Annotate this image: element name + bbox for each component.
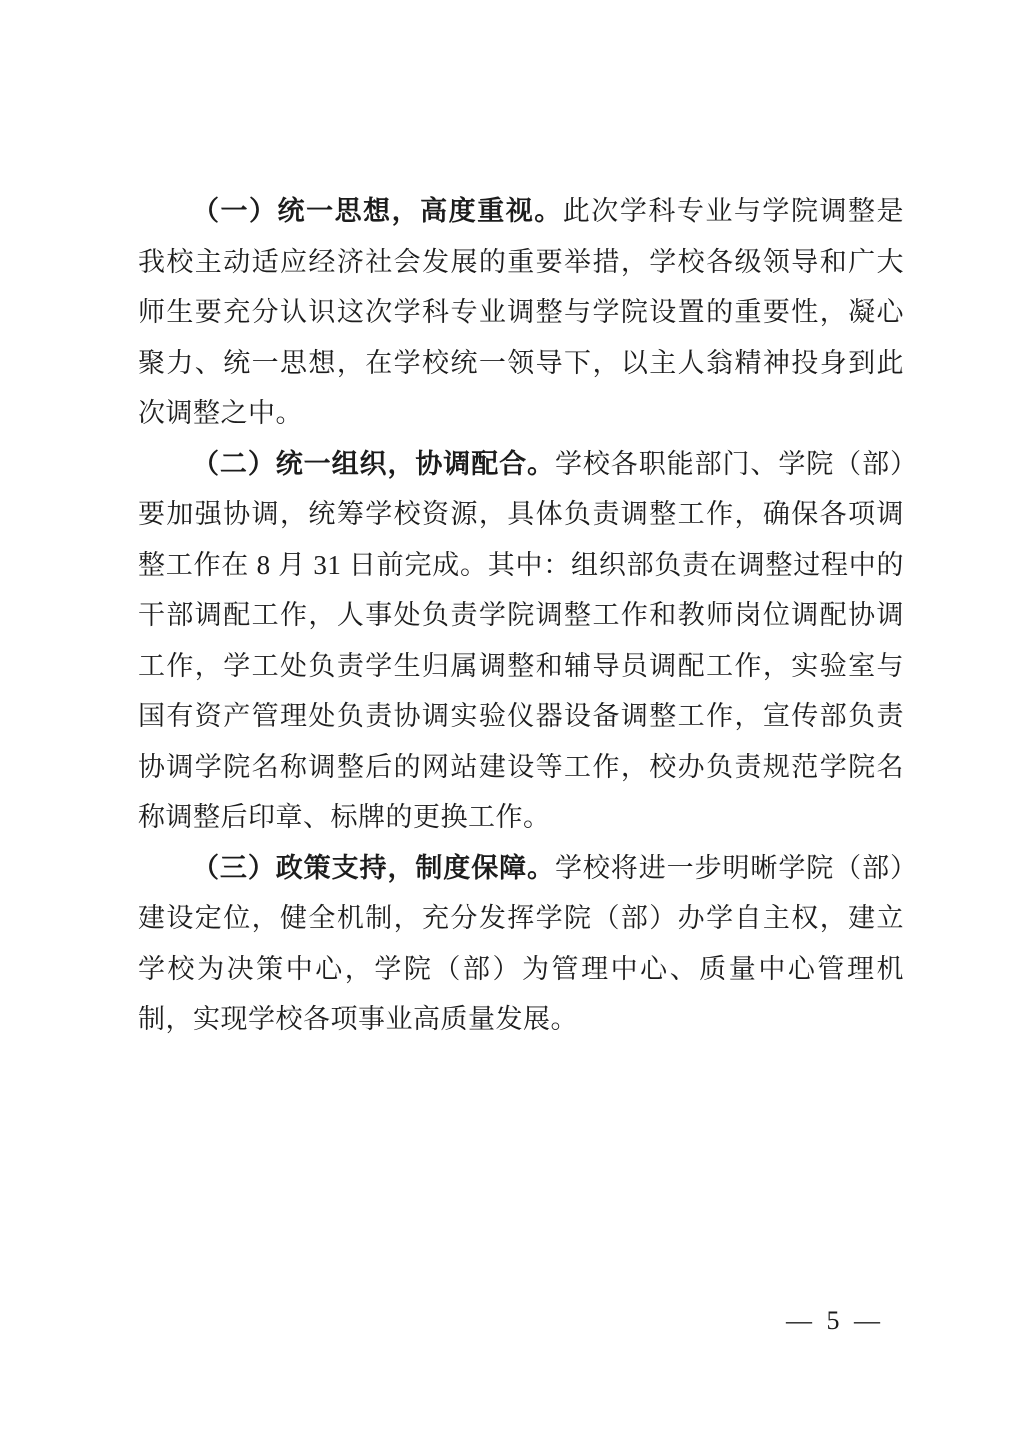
paragraph-heading: （三）政策支持，制度保障。	[192, 853, 555, 883]
paragraph-heading: （二）统一组织，协调配合。	[192, 449, 555, 479]
document-page: （一）统一思想，高度重视。此次学科专业与学院调整是我校主动适应经济社会发展的重要…	[0, 0, 1024, 1448]
paragraph: （三）政策支持，制度保障。学校将进一步明晰学院（部）建设定位，健全机制，充分发挥…	[138, 843, 904, 1045]
page-number: — 5 —	[786, 1303, 884, 1339]
document-body: （一）统一思想，高度重视。此次学科专业与学院调整是我校主动适应经济社会发展的重要…	[138, 186, 904, 1045]
paragraph-heading: （一）统一思想，高度重视。	[192, 196, 563, 226]
paragraph: （二）统一组织，协调配合。学校各职能部门、学院（部）要加强协调，统筹学校资源，具…	[138, 439, 904, 843]
paragraph-body: 此次学科专业与学院调整是我校主动适应经济社会发展的重要举措，学校各级领导和广大师…	[138, 196, 904, 428]
paragraph-body: 学校各职能部门、学院（部）要加强协调，统筹学校资源，具体负责调整工作，确保各项调…	[138, 449, 904, 833]
paragraph: （一）统一思想，高度重视。此次学科专业与学院调整是我校主动适应经济社会发展的重要…	[138, 186, 904, 439]
